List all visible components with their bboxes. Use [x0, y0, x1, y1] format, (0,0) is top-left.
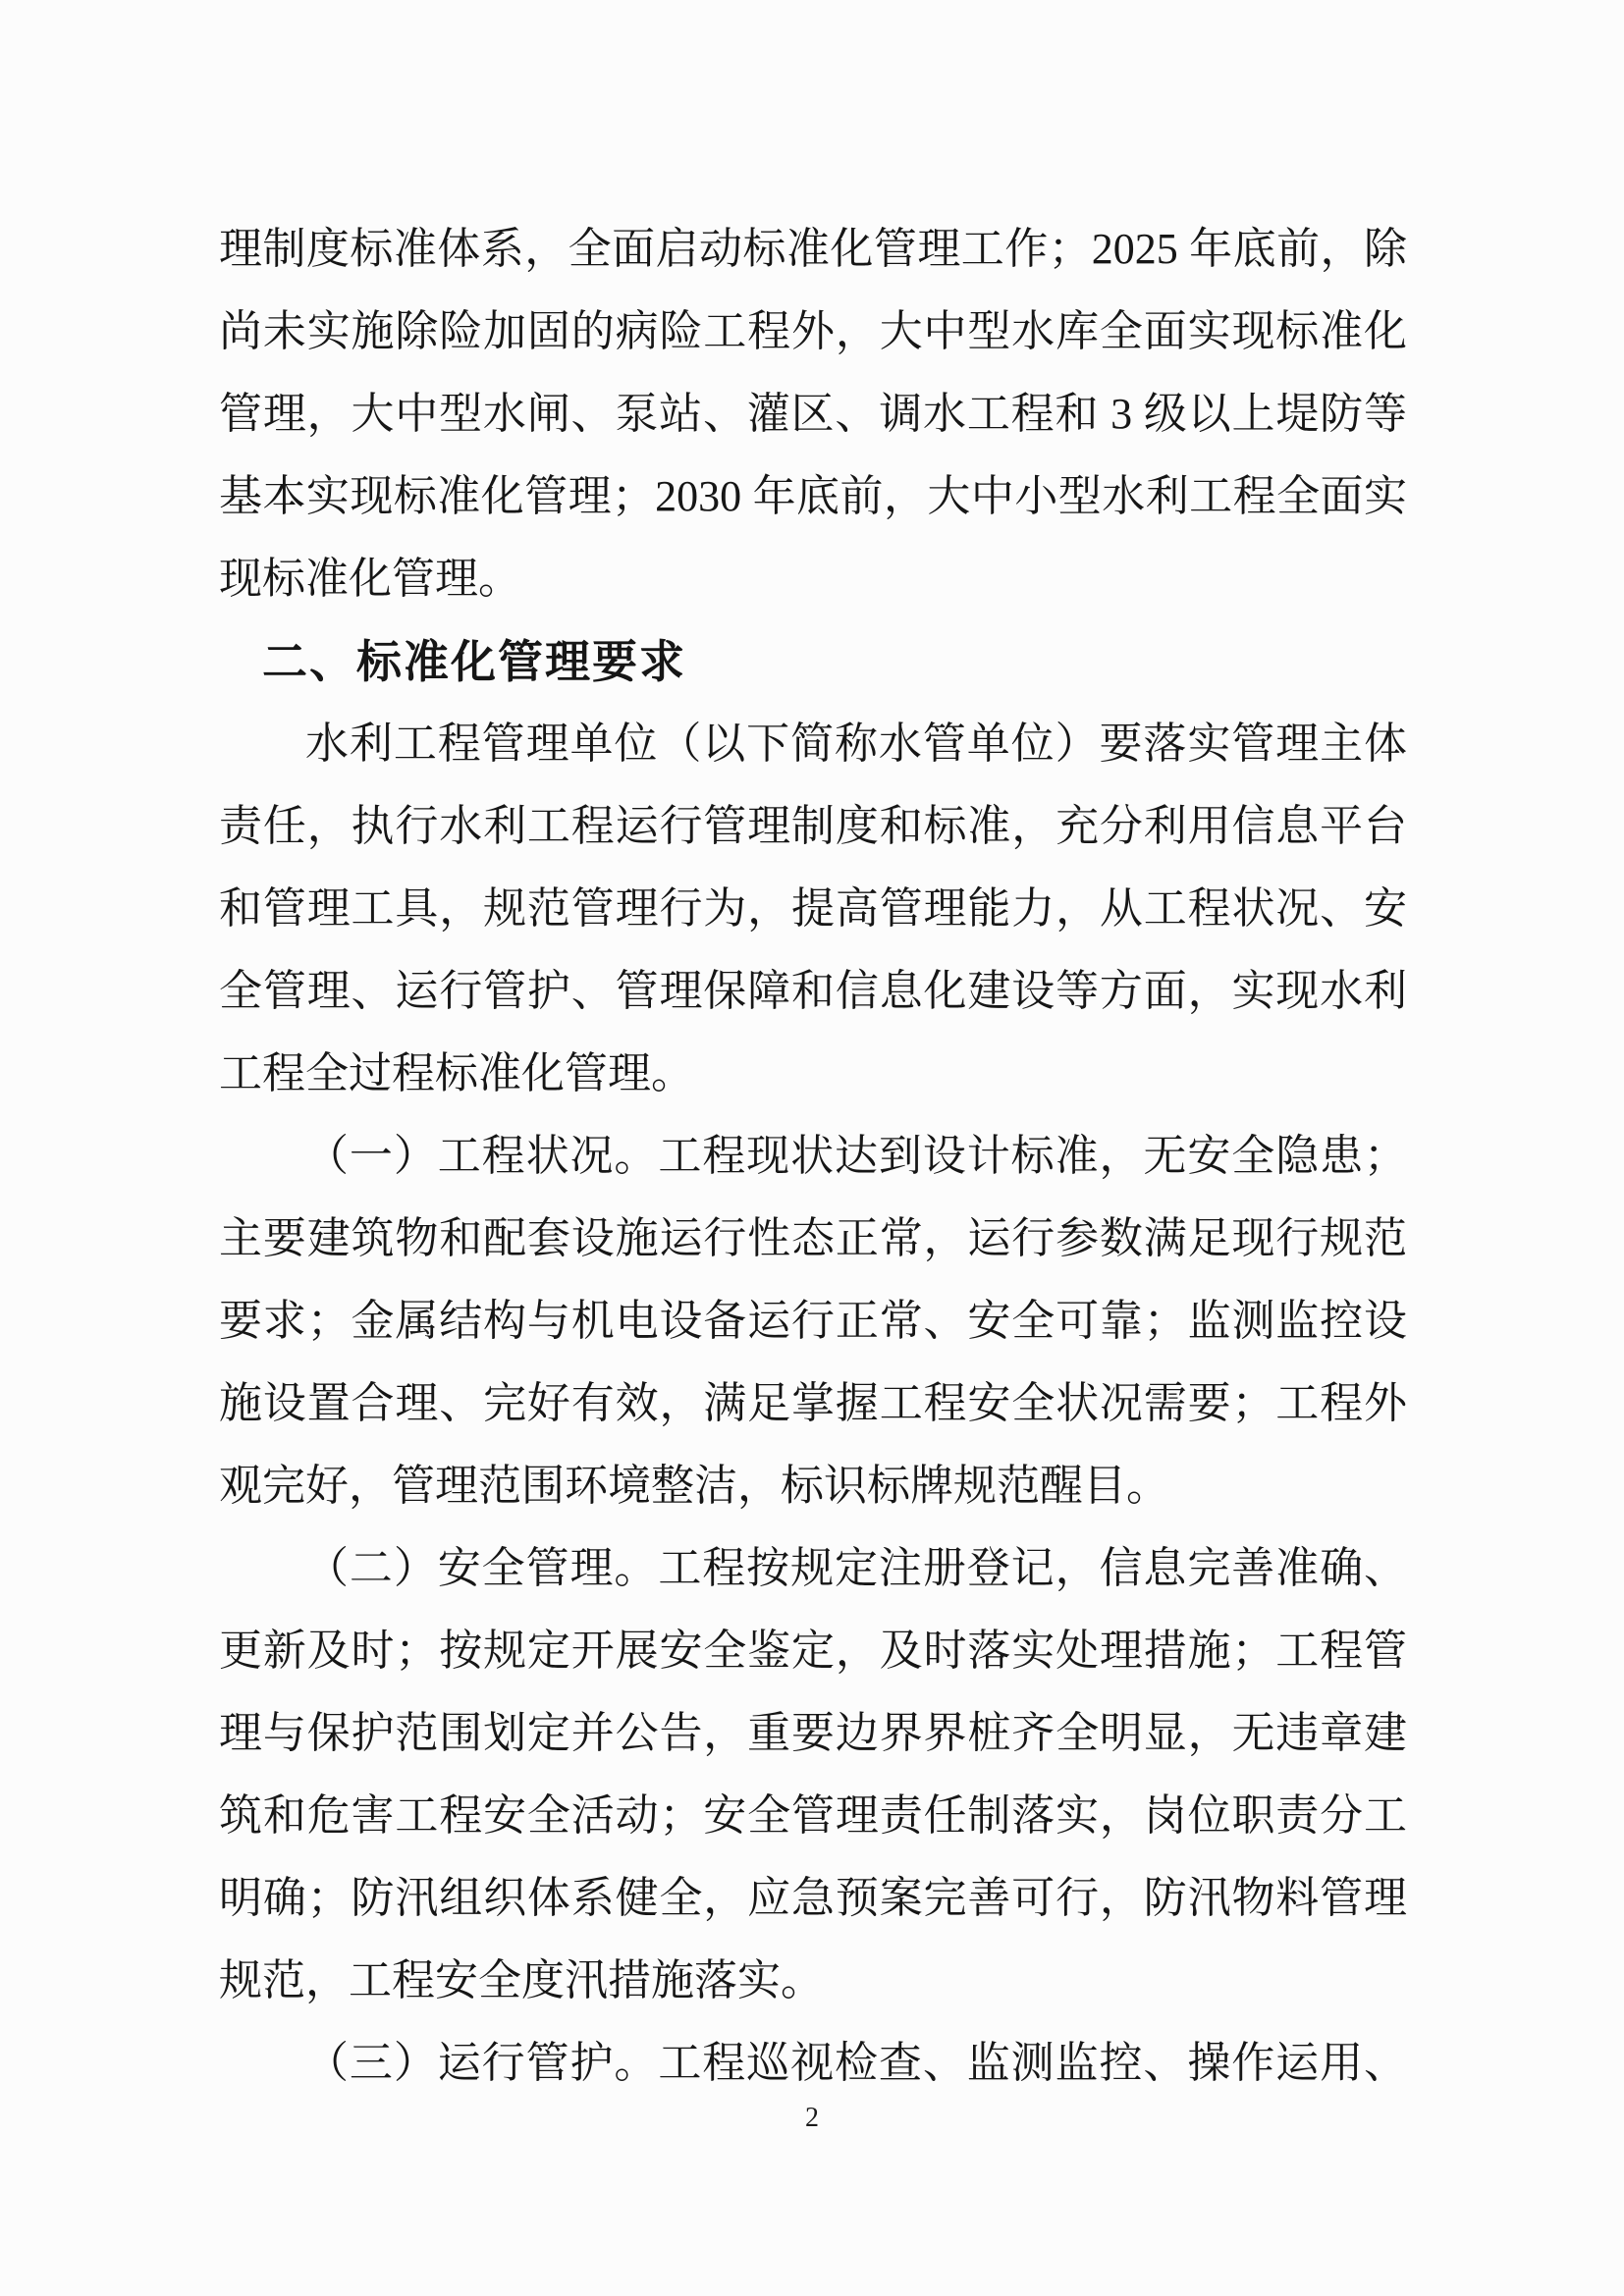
text-line: 基本实现标准化管理；2030 年底前，大中小型水利工程全面实: [219, 455, 1407, 538]
text-line: 理制度标准体系，全面启动标准化管理工作；2025 年底前，除: [219, 208, 1407, 291]
text-line: 施设置合理、完好有效，满足掌握工程安全状况需要；工程外: [219, 1362, 1407, 1445]
text-line: 尚未实施除险加固的病险工程外，大中型水库全面实现标准化: [219, 291, 1407, 373]
text-line: 责任，执行水利工程运行管理制度和标准，充分利用信息平台: [219, 785, 1407, 868]
text-line: （一）工程状况。工程现状达到设计标准，无安全隐患；: [219, 1115, 1407, 1198]
text-line: 和管理工具，规范管理行为，提高管理能力，从工程状况、安: [219, 868, 1407, 950]
text-line: 工程全过程标准化管理。: [219, 1033, 1407, 1115]
text-line: （三）运行管护。工程巡视检查、监测监控、操作运用、: [219, 2022, 1407, 2105]
text-line: 筑和危害工程安全活动；安全管理责任制落实，岗位职责分工: [219, 1775, 1407, 1857]
text-line: 理与保护范围划定并公告，重要边界界桩齐全明显，无违章建: [219, 1692, 1407, 1775]
text-line: 明确；防汛组织体系健全，应急预案完善可行，防汛物料管理: [219, 1857, 1407, 1940]
text-line: 要求；金属结构与机电设备运行正常、安全可靠；监测监控设: [219, 1280, 1407, 1362]
text-line: 水利工程管理单位（以下简称水管单位）要落实管理主体: [219, 703, 1407, 785]
text-line: 全管理、运行管护、管理保障和信息化建设等方面，实现水利: [219, 950, 1407, 1033]
text-line: 观完好，管理范围环境整洁，标识标牌规范醒目。: [219, 1445, 1407, 1527]
text-line: （二）安全管理。工程按规定注册登记，信息完善准确、: [219, 1527, 1407, 1610]
section-heading: 二、标准化管理要求: [219, 620, 1407, 703]
text-line: 规范，工程安全度汛措施落实。: [219, 1940, 1407, 2022]
document-page: 理制度标准体系，全面启动标准化管理工作；2025 年底前，除尚未实施除险加固的病…: [0, 0, 1624, 2296]
text-line: 管理，大中型水闸、泵站、灌区、调水工程和 3 级以上堤防等: [219, 373, 1407, 455]
text-line: 更新及时；按规定开展安全鉴定，及时落实处理措施；工程管: [219, 1610, 1407, 1692]
text-line: 主要建筑物和配套设施运行性态正常，运行参数满足现行规范: [219, 1198, 1407, 1280]
page-body: 理制度标准体系，全面启动标准化管理工作；2025 年底前，除尚未实施除险加固的病…: [219, 208, 1407, 2105]
page-number: 2: [0, 2101, 1624, 2140]
text-line: 现标准化管理。: [219, 538, 1407, 620]
